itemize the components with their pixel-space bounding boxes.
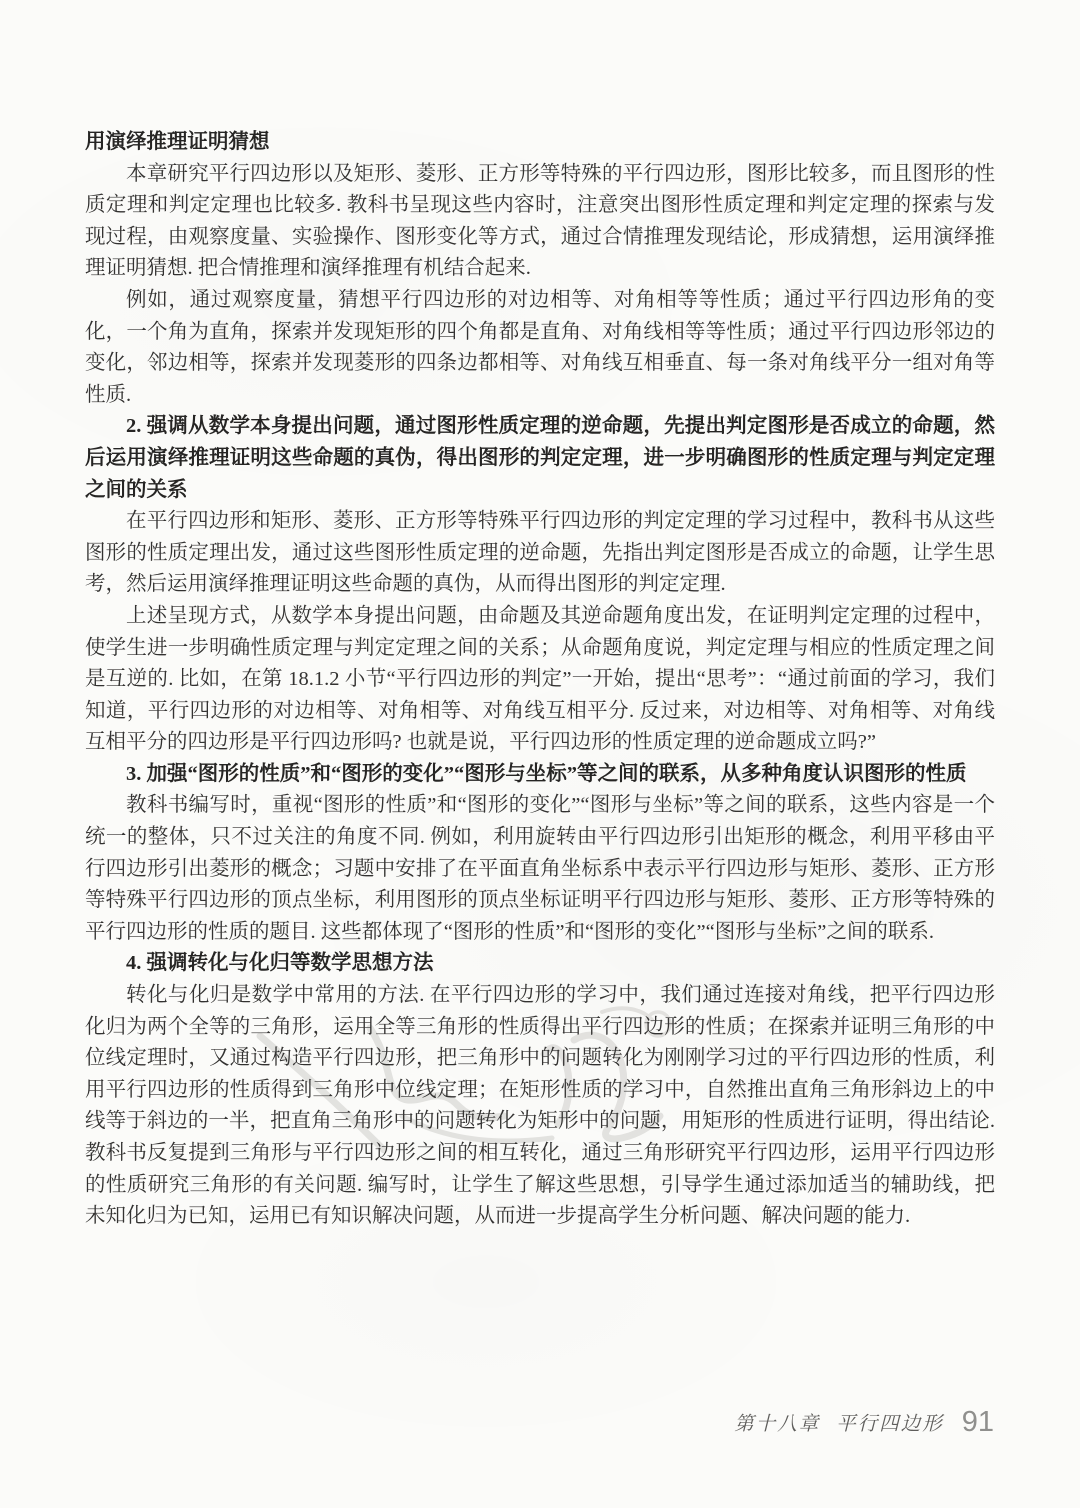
numbered-heading-3: 3. 加强“图形的性质”和“图形的变化”“图形与坐标”等之间的联系，从多种角度认… — [85, 759, 995, 791]
page-content: 用演绎推理证明猜想 本章研究平行四边形以及矩形、菱形、正方形等特殊的平行四边形，… — [85, 127, 995, 1233]
footer-chapter-label: 第十八章 — [734, 1408, 820, 1436]
section-heading: 用演绎推理证明猜想 — [85, 127, 995, 159]
paragraph-judgment-theorems: 在平行四边形和矩形、菱形、正方形等特殊平行四边形的判定定理的学习过程中，教科书从… — [85, 506, 995, 601]
footer-page-number: 91 — [962, 1406, 994, 1439]
numbered-heading-2: 2. 强调从数学本身提出问题，通过图形性质定理的逆命题，先提出判定图形是否成立的… — [85, 411, 995, 506]
paragraph-transformation-method: 转化与化归是数学中常用的方法. 在平行四边形的学习中，我们通过连接对角线，把平行… — [85, 980, 995, 1233]
footer-section-title: 平行四边形 — [836, 1408, 944, 1436]
paragraph-examples: 例如，通过观察度量，猜想平行四边形的对边相等、对角相等等性质；通过平行四边形角的… — [85, 285, 995, 411]
numbered-heading-4: 4. 强调转化与化归等数学思想方法 — [85, 948, 995, 980]
paragraph-overview: 本章研究平行四边形以及矩形、菱形、正方形等特殊的平行四边形，图形比较多，而且图形… — [85, 159, 995, 285]
paragraph-connections: 教科书编写时，重视“图形的性质”和“图形的变化”“图形与坐标”等之间的联系，这些… — [85, 790, 995, 948]
page-footer: 第十八章 平行四边形 91 — [734, 1405, 994, 1438]
paragraph-presentation-method: 上述呈现方式，从数学本身提出问题，由命题及其逆命题角度出发，在证明判定定理的过程… — [85, 601, 995, 759]
